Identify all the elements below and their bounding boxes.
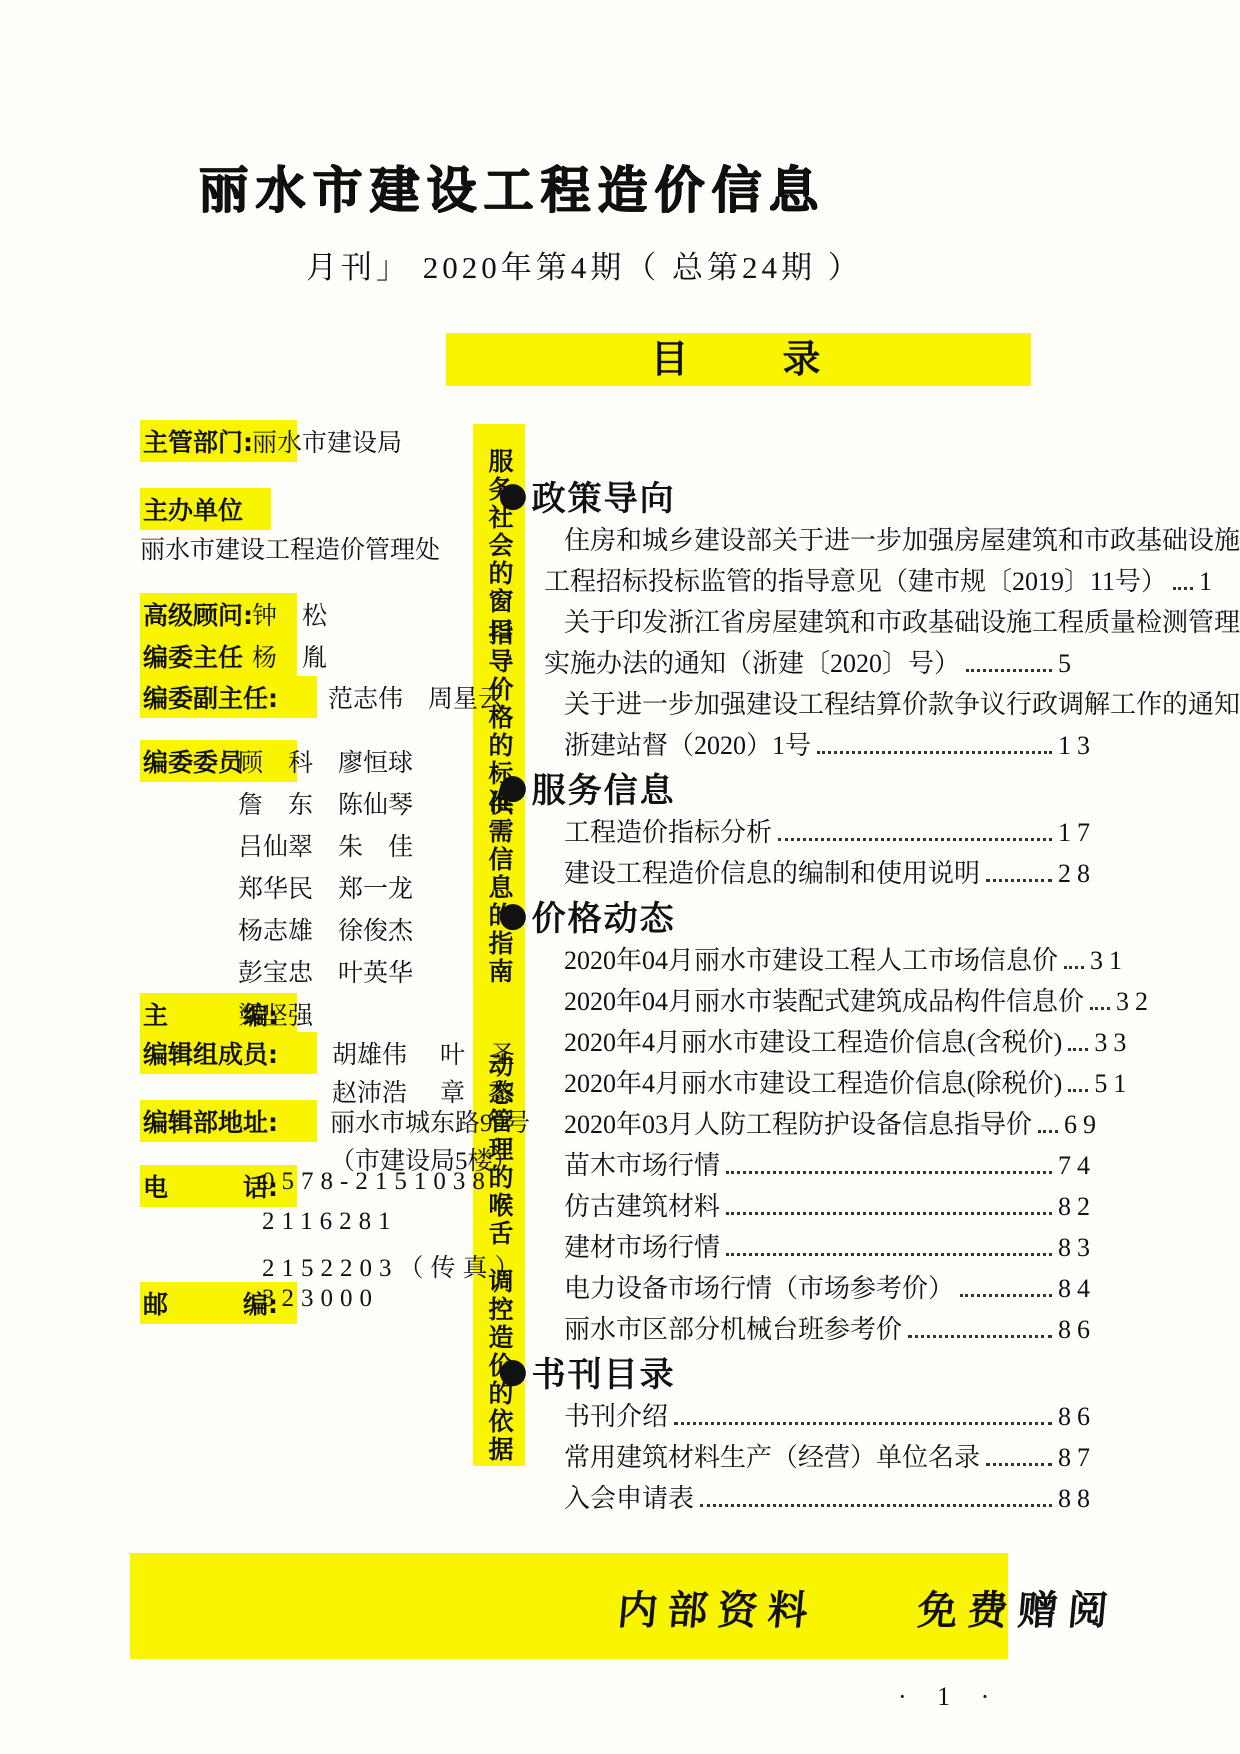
dot-leader	[726, 1253, 1052, 1256]
senior-advisor-value: 钟 松	[252, 596, 327, 632]
toc-entry: 2020年4月丽水市建设工程造价信息(含税价) 33	[498, 1020, 1114, 1061]
toc-section-title: 书刊目录	[532, 1347, 676, 1396]
committee-member: 詹 东	[238, 785, 313, 821]
bullet-icon: ●	[498, 1354, 530, 1388]
toc-page-number: 31	[1090, 943, 1146, 979]
chief-editor-value: 梁坚强	[238, 996, 313, 1032]
dot-leader	[908, 1335, 1052, 1338]
phone-number: 2152203（传真）	[262, 1248, 527, 1284]
committee-member: 郑华民	[238, 869, 313, 905]
dot-leader	[1064, 966, 1084, 969]
toc-page-number: 32	[1116, 984, 1172, 1020]
toc-entry: 仿古建筑材料 82	[498, 1184, 1114, 1225]
dot-leader	[1068, 1089, 1088, 1092]
toc-page-number: 83	[1058, 1230, 1114, 1266]
dot-leader	[960, 1294, 1052, 1297]
masthead-editors-row: 编辑组成员: 胡雄伟 叶 圣	[140, 1032, 317, 1070]
bullet-icon: ●	[498, 770, 530, 804]
toc-section-heading: ● 服务信息	[498, 764, 1114, 810]
editor-member: 叶 圣	[440, 1035, 515, 1071]
bullet-icon: ●	[498, 478, 530, 512]
page-number: · 1 ·	[898, 1682, 1001, 1712]
toc-entry: 书刊介绍 86	[498, 1394, 1114, 1435]
toc-entry: 建设工程造价信息的编制和使用说明 28	[498, 851, 1114, 892]
committee-member: 吕仙翠	[238, 827, 313, 863]
toc-entry: 工程招标投标监管的指导意见（建市规〔2019〕11号） 1	[498, 559, 1114, 600]
journal-title: 丽水市建设工程造价信息	[198, 150, 825, 222]
toc-page-number: 82	[1058, 1189, 1114, 1225]
toc-section-title: 服务信息	[532, 763, 676, 812]
toc-entry: 实施办法的通知（浙建〔2020〕号） 5	[498, 641, 1114, 682]
dot-leader	[726, 1171, 1052, 1174]
committee-member: 陈仙琴	[338, 785, 413, 821]
toc-page-number: 86	[1058, 1312, 1114, 1348]
committee-member: 彭宝忠	[238, 953, 313, 989]
committee-member: 廖恒球	[338, 743, 413, 779]
dot-leader	[817, 751, 1052, 754]
table-of-contents: ● 政策导向 住房和城乡建设部关于进一步加强房屋建筑和市政基础设施 工程招标投标…	[498, 472, 1114, 1517]
masthead-director-row: 编委主任 杨 胤	[140, 635, 297, 673]
dot-leader	[1173, 587, 1193, 590]
toc-section-title: 价格动态	[532, 891, 676, 940]
toc-page-number: 87	[1058, 1440, 1114, 1476]
dot-leader	[674, 1422, 1052, 1425]
masthead-phone-row: 电 话: 0578-2151038	[140, 1165, 297, 1203]
toc-entry: 2020年4月丽水市建设工程造价信息(除税价) 51	[498, 1061, 1114, 1102]
dot-leader	[1090, 1007, 1110, 1010]
masthead-deputy-row: 编委副主任: 范志伟 周星云	[140, 676, 317, 714]
committee-member: 顾 科	[238, 743, 313, 779]
toc-page-number: 1	[1199, 564, 1240, 600]
committee-member: 叶英华	[338, 953, 413, 989]
dot-leader	[986, 1463, 1052, 1466]
toc-page-number: 84	[1058, 1271, 1114, 1307]
toc-page-number: 88	[1058, 1481, 1114, 1517]
address-label: 编辑部地址:	[140, 1100, 317, 1142]
toc-entry: 入会申请表 88	[498, 1476, 1114, 1517]
toc-entry: 2020年04月丽水市建设工程人工市场信息价 31	[498, 938, 1114, 979]
dot-leader	[986, 879, 1052, 882]
toc-entry: 苗木市场行情 74	[498, 1143, 1114, 1184]
toc-page-number: 13	[1058, 728, 1114, 764]
committee-member: 杨志雄	[238, 911, 313, 947]
toc-page-number: 51	[1094, 1066, 1150, 1102]
organizer-label: 主办单位	[140, 488, 271, 530]
phone-number: 0578-2151038	[262, 1168, 492, 1196]
toc-entry: 工程造价指标分析 17	[498, 810, 1114, 851]
toc-page-number: 69	[1064, 1107, 1120, 1143]
toc-entry: 电力设备市场行情（市场参考价） 84	[498, 1266, 1114, 1307]
address-line1: 丽水市城东路99号	[330, 1103, 530, 1139]
toc-entry: 浙建站督（2020）1号 13	[498, 723, 1114, 764]
dot-leader	[1038, 1130, 1058, 1133]
toc-page-number: 17	[1058, 815, 1114, 851]
masthead-chief-editor-row: 主 编: 梁坚强	[140, 993, 297, 1031]
dot-leader	[726, 1212, 1052, 1215]
committee-member: 朱 佳	[338, 827, 413, 863]
toc-page-number: 33	[1094, 1025, 1150, 1061]
toc-entry: 关于印发浙江省房屋建筑和市政基础设施工程质量检测管理	[498, 600, 1114, 641]
masthead-senior-advisor-row: 高级顾问: 钟 松	[140, 593, 297, 631]
bottom-notice-bar: 内部资料 免费赠阅	[130, 1553, 1008, 1659]
director-value: 杨 胤	[252, 638, 327, 674]
masthead-committee-row: 编委委员 顾 科 廖恒球	[140, 740, 297, 778]
toc-section-heading: ● 政策导向	[498, 472, 1114, 518]
journal-cover-page: 丽水市建设工程造价信息 月刊」 2020年第4期（ 总第24期 ） 目 录 主管…	[0, 0, 1240, 1754]
toc-entry: 常用建筑材料生产（经营）单位名录 87	[498, 1435, 1114, 1476]
deputy-label: 编委副主任:	[140, 676, 317, 718]
toc-page-number: 86	[1058, 1399, 1114, 1435]
masthead-address-row: 编辑部地址: 丽水市城东路99号	[140, 1100, 317, 1138]
dot-leader	[966, 669, 1052, 672]
committee-member: 郑一龙	[338, 869, 413, 905]
dot-leader	[1068, 1048, 1088, 1051]
toc-entry: 2020年04月丽水市装配式建筑成品构件信息价 32	[498, 979, 1114, 1020]
masthead-supervisor-row: 主管部门: 丽水市建设局	[140, 420, 297, 458]
journal-issue-subtitle: 月刊」 2020年第4期（ 总第24期 ）	[306, 242, 863, 287]
masthead-organizer-value-row: 丽水市建设工程造价管理处	[140, 530, 440, 568]
bullet-icon: ●	[498, 898, 530, 932]
toc-entry: 2020年03月人防工程防护设备信息指导价 69	[498, 1102, 1114, 1143]
editor-member: 胡雄伟	[332, 1035, 407, 1071]
toc-page-number: 5	[1058, 646, 1114, 682]
deputy-value: 范志伟 周星云	[328, 679, 503, 715]
internal-material-notice: 内部资料 免费赠阅	[616, 1579, 1121, 1636]
postcode-value: 323000	[262, 1285, 379, 1313]
masthead-organizer-label-row: 主办单位	[140, 488, 271, 526]
supervisor-value: 丽水市建设局	[252, 423, 402, 459]
editors-label: 编辑组成员:	[140, 1032, 317, 1074]
committee-member: 徐俊杰	[338, 911, 413, 947]
toc-entry: 关于进一步加强建设工程结算价款争议行政调解工作的通知	[498, 682, 1114, 723]
toc-entry: 丽水市区部分机械台班参考价 86	[498, 1307, 1114, 1348]
dot-leader	[778, 838, 1052, 841]
masthead-postcode-row: 邮 编: 323000	[140, 1282, 297, 1320]
organizer-value: 丽水市建设工程造价管理处	[140, 537, 440, 564]
toc-page-number: 28	[1058, 856, 1114, 892]
phone-number: 2116281	[262, 1208, 398, 1236]
dot-leader	[700, 1504, 1052, 1507]
toc-section-heading: ● 书刊目录	[498, 1348, 1114, 1394]
toc-section-heading: ● 价格动态	[498, 892, 1114, 938]
toc-header: 目 录	[446, 333, 1031, 386]
toc-entry: 建材市场行情 83	[498, 1225, 1114, 1266]
toc-page-number: 74	[1058, 1148, 1114, 1184]
toc-entry: 住房和城乡建设部关于进一步加强房屋建筑和市政基础设施	[498, 518, 1114, 559]
toc-section-title: 政策导向	[532, 471, 676, 520]
